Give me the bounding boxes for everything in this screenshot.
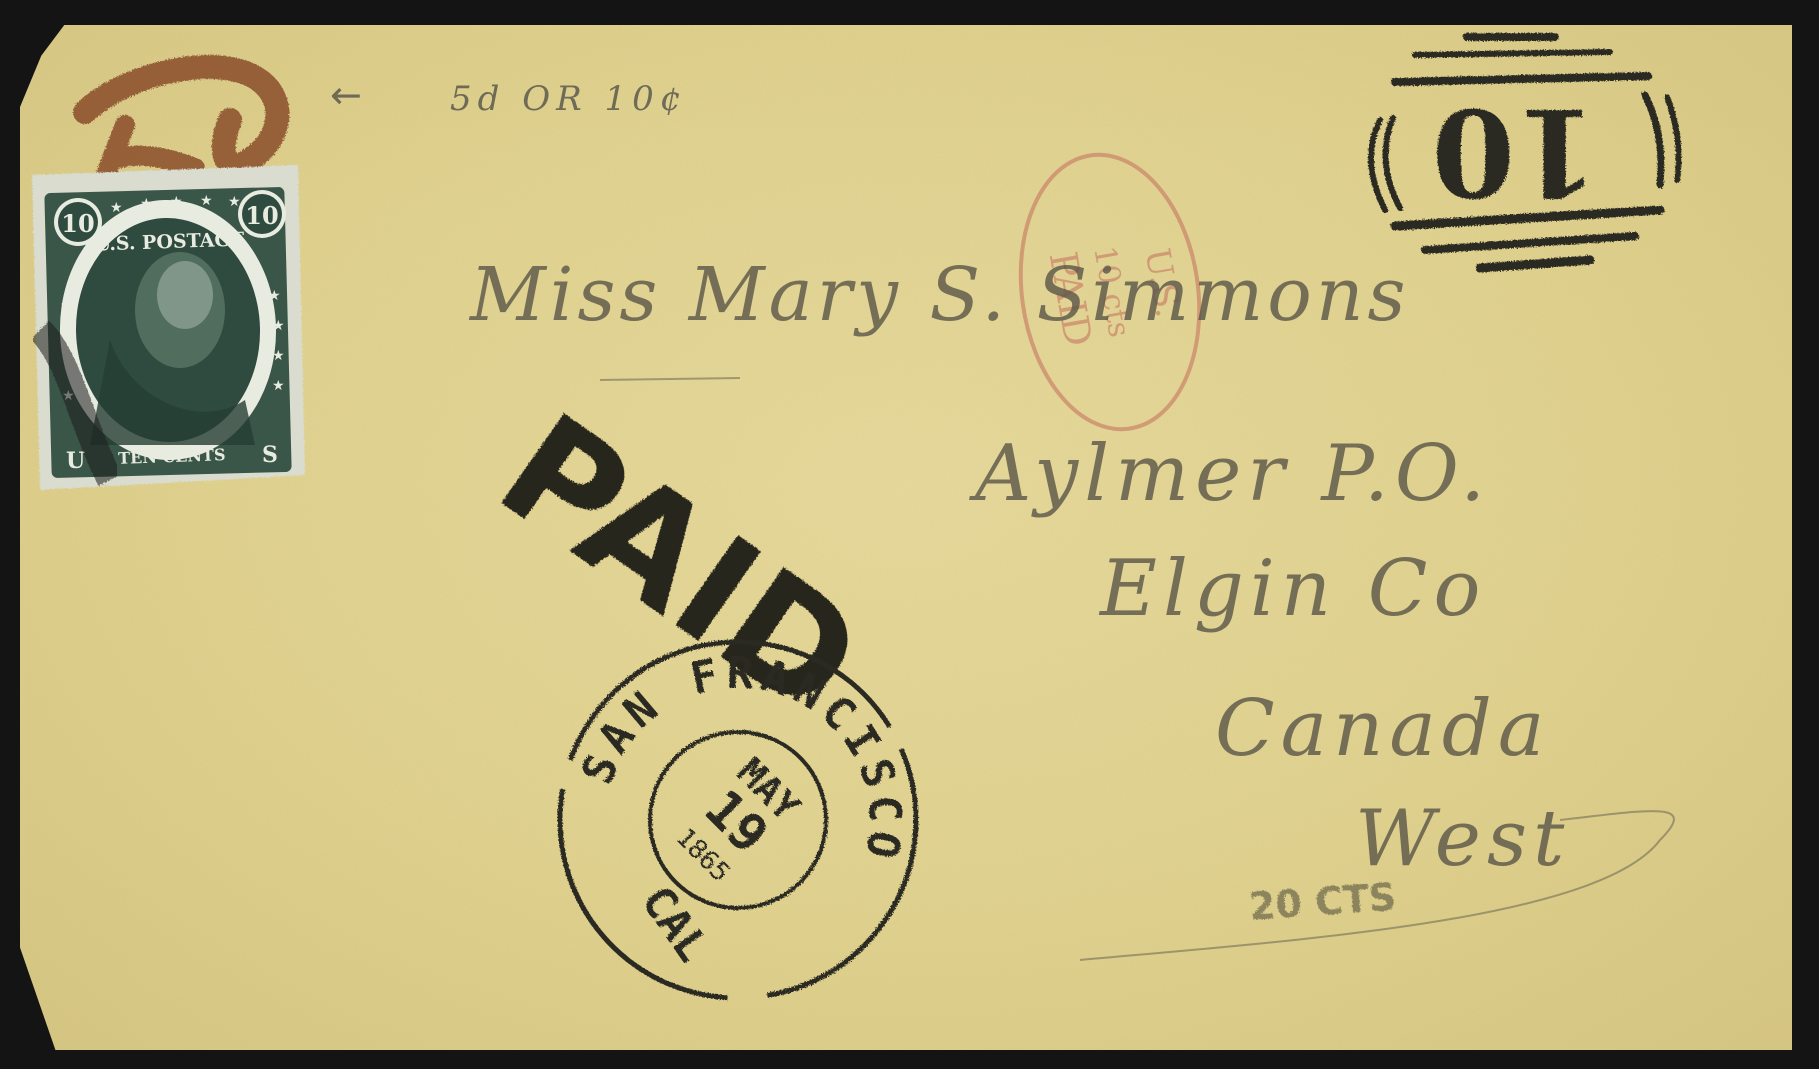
stamp-letter-u: U [66,448,85,474]
svg-text:★: ★ [272,378,285,394]
svg-text:★: ★ [170,194,183,210]
address-line-4: Canada [1215,684,1550,774]
numeral-cancel-text: 10 [1432,81,1599,222]
pencil-note: ← 5d OR 10¢ [330,73,687,119]
arrow-left-icon: ← [330,73,362,117]
postage-stamp: 10 10 U.S. POSTAGE TEN CENTS U S ★★★★★ ★… [32,165,305,490]
pencil-note-text: 5d OR 10¢ [450,79,687,119]
svg-text:★: ★ [228,194,241,210]
cover-photograph: P ← 5d OR 10¢ 10 10 U.S. POSTAGE TEN CEN… [0,0,1819,1069]
markings-layer: P ← 5d OR 10¢ 10 10 U.S. POSTAGE TEN CEN… [0,0,1819,1069]
svg-text:★: ★ [140,196,153,212]
manuscript-p-label: P [0,0,11,4]
stamp-letter-s: S [262,442,278,468]
svg-text:★: ★ [110,200,123,216]
address-line-5: West [1355,794,1570,884]
address-line-1: Miss Mary S. Simmons [468,252,1410,338]
address-line-3: Elgin Co [1098,544,1486,634]
address-line-2: Aylmer P.O. [969,429,1491,519]
svg-text:★: ★ [268,288,281,304]
svg-text:★: ★ [200,193,213,209]
svg-text:★: ★ [60,298,73,314]
stamp-corner-numeral-left: 10 [61,209,94,238]
cds-state-text: CAL [631,877,718,971]
faint-rate-marking: 20 CTS [1248,875,1398,929]
svg-text:★: ★ [272,318,285,334]
stamp-denomination-text: TEN CENTS [118,445,226,468]
stamp-corner-numeral-right: 10 [245,201,278,230]
svg-text:★: ★ [272,348,285,364]
